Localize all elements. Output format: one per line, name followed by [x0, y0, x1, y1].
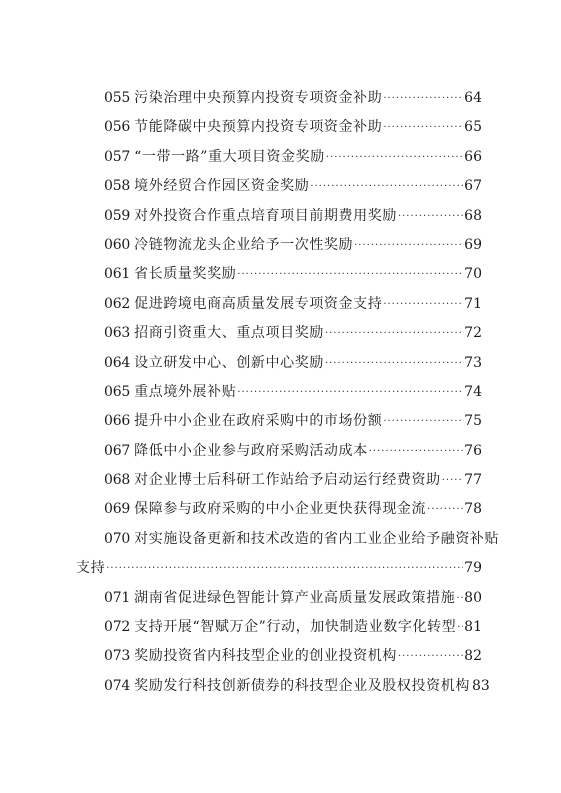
toc-entry-073[interactable]: 073奖励投资省内科技型企业的创业投资机构82: [76, 642, 482, 671]
leader-dots: [310, 172, 463, 201]
toc-entry-070-continuation[interactable]: 支持79: [76, 554, 482, 583]
toc-entry-064[interactable]: 064设立研发中心、创新中心奖励73: [76, 349, 482, 378]
toc-entry-074[interactable]: 074奖励发行科技创新债券的科技型企业及股权投资机构83: [76, 672, 482, 701]
leader-dots: [106, 554, 463, 583]
leader-dots: [325, 349, 463, 378]
toc-entry-055[interactable]: 055污染治理中央预算内投资专项资金补助64: [76, 84, 482, 113]
leader-dots: [383, 407, 463, 436]
toc-entry-059[interactable]: 059对外投资合作重点培育项目前期费用奖励68: [76, 202, 482, 231]
toc-entry-061[interactable]: 061省长质量奖奖励70: [76, 260, 482, 289]
leader-dots: [456, 584, 463, 613]
toc-entry-062[interactable]: 062促进跨境电商高质量发展专项资金支持71: [76, 290, 482, 319]
toc-entry-072[interactable]: 072支持开展“智赋万企”行动，加快制造业数字化转型81: [76, 613, 482, 642]
leader-dots: [326, 143, 463, 172]
toc-entry-058[interactable]: 058境外经贸合作园区资金奖励67: [76, 172, 482, 201]
leader-dots: [237, 260, 463, 289]
toc-entry-067[interactable]: 067降低中小企业参与政府采购活动成本76: [76, 437, 482, 466]
leader-dots: [325, 319, 463, 348]
leader-dots: [457, 613, 463, 642]
table-of-contents: 055污染治理中央预算内投资专项资金补助64 056节能降碳中央预算内投资专项资…: [76, 84, 482, 701]
toc-entry-056[interactable]: 056节能降碳中央预算内投资专项资金补助65: [76, 113, 482, 142]
leader-dots: [398, 642, 463, 671]
toc-entry-057[interactable]: 057“一带一路”重大项目资金奖励66: [76, 143, 482, 172]
leader-dots: [383, 84, 463, 113]
leader-dots: [442, 466, 463, 495]
leader-dots: [383, 290, 463, 319]
toc-entry-063[interactable]: 063招商引资重大、重点项目奖励72: [76, 319, 482, 348]
toc-entry-068[interactable]: 068对企业博士后科研工作站给予启动运行经费资助77: [76, 466, 482, 495]
toc-entry-065[interactable]: 065重点境外展补贴74: [76, 378, 482, 407]
leader-dots: [427, 495, 463, 524]
leader-dots: [237, 378, 463, 407]
leader-dots: [383, 113, 463, 142]
leader-dots: [398, 202, 463, 231]
toc-entry-070[interactable]: 070对实施设备更新和技术改造的省内工业企业给予融资补贴: [76, 525, 482, 554]
toc-entry-060[interactable]: 060冷链物流龙头企业给予一次性奖励69: [76, 231, 482, 260]
leader-dots: [354, 231, 463, 260]
leader-dots: [369, 437, 463, 466]
toc-entry-071[interactable]: 071湖南省促进绿色智能计算产业高质量发展政策措施80: [76, 584, 482, 613]
toc-entry-069[interactable]: 069保障参与政府采购的中小企业更快获得现金流78: [76, 495, 482, 524]
toc-entry-066[interactable]: 066提升中小企业在政府采购中的市场份额75: [76, 407, 482, 436]
